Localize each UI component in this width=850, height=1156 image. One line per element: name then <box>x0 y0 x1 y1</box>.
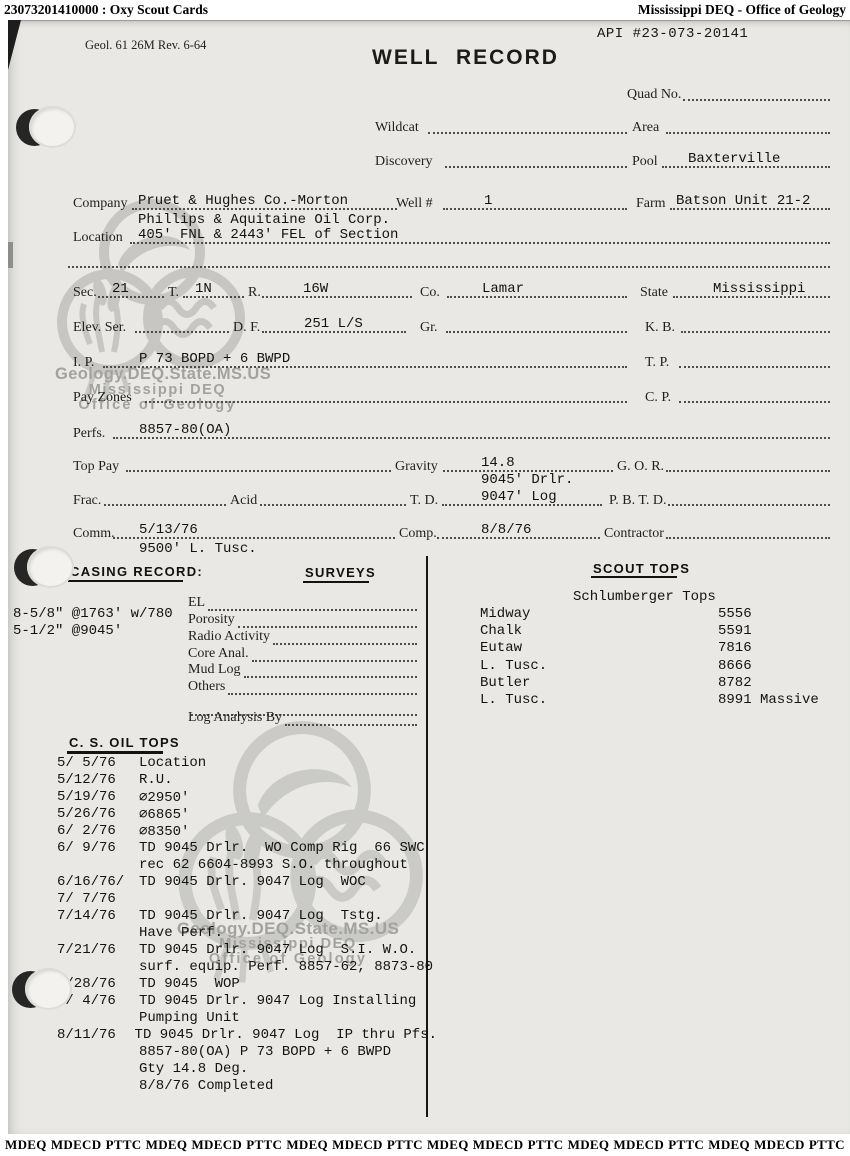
field-label-cp: C. P. <box>645 390 671 406</box>
oil-tops-line: 8/ 4/76TD 9045 Drlr. 9047 Log Installing <box>57 993 437 1010</box>
report-text: surf. equip. Perf. 8857-62, 8873-80 <box>139 959 437 976</box>
report-date: 8/11/76 <box>57 1027 135 1044</box>
dotted-leader-line <box>228 680 417 695</box>
footer-org-label: PTTC <box>387 1137 423 1153</box>
section-heading-cs-oil-tops: C. S. OIL TOPS <box>69 735 180 750</box>
formation-depth: 7816 <box>718 640 752 657</box>
field-label-acid: Acid <box>230 493 257 509</box>
footer-org-label: MDEQ <box>286 1137 328 1153</box>
dotted-leader-line <box>273 630 417 645</box>
scout-tops-row: Chalk5591 <box>480 623 830 640</box>
survey-row: Log Analysis By <box>188 711 417 726</box>
field-value-td-log: 9047' Log <box>481 489 557 505</box>
dotted-leader-line <box>668 504 830 506</box>
footer-org-label: MDEQ <box>708 1137 750 1153</box>
field-value-comm-extra: 9500' L. Tusc. <box>139 541 257 557</box>
field-value-comp-date: 8/8/76 <box>481 522 531 538</box>
field-value-td-drlr: 9045' Drlr. <box>481 472 573 488</box>
field-value-state: Mississippi <box>713 281 805 297</box>
field-label-elev-ser: Elev. Ser. <box>73 320 126 336</box>
report-text: 8/8/76 Completed <box>139 1078 437 1095</box>
dotted-leader-line <box>252 647 417 662</box>
formation-name: L. Tusc. <box>480 658 718 675</box>
report-text: Gty 14.8 Deg. <box>139 1061 437 1078</box>
oil-tops-line: Pumping Unit <box>57 1010 437 1027</box>
survey-label: Others <box>188 679 225 695</box>
hole-punch <box>14 546 76 588</box>
heading-underline <box>68 580 183 582</box>
oil-tops-line: 5/ 5/76Location <box>57 755 437 772</box>
formation-name: Eutaw <box>480 640 718 657</box>
report-text: ∅6865' <box>139 806 437 823</box>
field-value-sec: 21 <box>112 281 129 297</box>
survey-label: Radio Activity <box>188 629 270 645</box>
document-id-title: 23073201410000 : Oxy Scout Cards <box>4 2 208 18</box>
dotted-leader-line <box>260 504 406 506</box>
field-label-comm: Comm. <box>73 526 115 542</box>
formation-depth: 5591 <box>718 623 752 640</box>
dotted-leader-line <box>98 296 164 298</box>
hole-punch <box>16 106 78 148</box>
field-label-gor: G. O. R. <box>617 459 664 475</box>
oil-tops-line: 8/11/76TD 9045 Drlr. 9047 Log IP thru Pf… <box>57 1027 437 1044</box>
field-label-perfs: Perfs. <box>73 426 105 442</box>
section-heading-casing-record: CASING RECORD: <box>70 564 203 579</box>
field-label-comp: Comp. <box>399 526 437 542</box>
heading-underline <box>67 751 163 754</box>
hole-punch <box>12 968 74 1010</box>
formation-name: Butler <box>480 675 718 692</box>
field-label-tp: T. P. <box>645 355 669 371</box>
field-label-quad-no: Quad No. <box>627 87 681 103</box>
field-label-company: Company <box>73 196 127 212</box>
report-text: rec 62 6604-8993 S.O. throughout <box>139 857 437 874</box>
oil-tops-line: 6/16/76/TD 9045 Drlr. 9047 Log WOC <box>57 874 437 891</box>
dotted-leader-line <box>262 296 412 298</box>
form-number: Geol. 61 26M Rev. 6-64 <box>85 38 206 53</box>
document-title: WELL RECORD <box>372 46 559 70</box>
field-label-location: Location <box>73 230 123 246</box>
field-value-df: 251 L/S <box>304 316 363 332</box>
report-text: ∅2950' <box>139 789 437 806</box>
survey-label: Mud Log <box>188 662 241 678</box>
field-label-sec: Sec. <box>73 285 97 301</box>
report-date: 5/12/76 <box>57 772 139 789</box>
report-text: R.U. <box>139 772 437 789</box>
dotted-leader-line <box>666 537 830 539</box>
report-text <box>139 891 437 908</box>
report-text: Have Perf. <box>139 925 437 942</box>
dotted-leader-line <box>135 331 229 333</box>
report-text: TD 9045 Drlr. 9047 Log WOC <box>139 874 437 891</box>
oil-tops-line: 5/19/76∅2950' <box>57 789 437 806</box>
formation-depth: 8991 Massive <box>718 692 819 709</box>
footer-org-label: PTTC <box>809 1137 845 1153</box>
report-date: 5/ 5/76 <box>57 755 139 772</box>
footer-org-label: PTTC <box>528 1137 564 1153</box>
report-date: 7/ 7/76 <box>57 891 139 908</box>
report-text: TD 9045 Drlr. 9047 Log IP thru Pfs. <box>135 1027 437 1044</box>
report-date <box>57 1044 139 1061</box>
footer-org-label: MDECD <box>191 1137 242 1153</box>
dotted-leader-line <box>443 208 627 210</box>
report-date <box>57 1010 139 1027</box>
dotted-leader-line <box>679 401 830 403</box>
scout-tops-row: Butler8782 <box>480 675 830 692</box>
report-date: 6/ 2/76 <box>57 823 139 840</box>
api-number: API #23-073-20141 <box>597 26 748 42</box>
field-value-farm: Batson Unit 21-2 <box>676 193 810 209</box>
dotted-leader-line <box>244 663 418 678</box>
formation-depth: 8666 <box>718 658 752 675</box>
field-label-frac: Frac. <box>73 493 101 509</box>
footer-org-label: MDEQ <box>568 1137 610 1153</box>
field-label-wildcat: Wildcat <box>375 120 419 136</box>
survey-row: Mud Log <box>188 663 417 678</box>
survey-row: Porosity <box>188 613 417 628</box>
report-text: Location <box>139 755 437 772</box>
report-text: TD 9045 WOP <box>139 976 437 993</box>
field-label-range: R. <box>248 285 261 301</box>
field-label-kb: K. B. <box>645 320 675 336</box>
survey-row: EL <box>188 596 417 611</box>
heading-underline <box>591 576 677 578</box>
field-label-contractor: Contractor <box>604 526 664 542</box>
footer-org-label: MDEQ <box>427 1137 469 1153</box>
report-text: TD 9045 Drlr. 9047 Log Installing <box>139 993 437 1010</box>
dotted-leader-line <box>666 470 830 472</box>
dotted-leader-line <box>683 99 830 101</box>
field-label-area: Area <box>632 120 659 136</box>
field-value-comm-date: 5/13/76 <box>139 522 198 538</box>
dotted-leader-line <box>145 401 627 403</box>
oil-tops-line: 6/ 9/76TD 9045 Drlr. WO Comp Rig 66 SWC <box>57 840 437 857</box>
dotted-leader-line <box>679 366 830 368</box>
footer-org-label: PTTC <box>106 1137 142 1153</box>
footer-org-label: MDEQ <box>5 1137 47 1153</box>
field-label-pbtd: P. B. T. D. <box>609 493 666 509</box>
dotted-leader-line <box>104 504 226 506</box>
report-date <box>57 857 139 874</box>
dotted-leader-line <box>445 166 627 168</box>
formation-name: Midway <box>480 606 718 623</box>
formation-depth: 8782 <box>718 675 752 692</box>
dotted-leader-line <box>666 132 830 134</box>
field-value-range: 16W <box>303 281 328 297</box>
formation-depth: 5556 <box>718 606 752 623</box>
field-label-gravity: Gravity <box>395 459 438 475</box>
scout-tops-subheading: Schlumberger Tops <box>573 589 716 605</box>
report-text: TD 9045 Drlr. 9047 Log Tstg. <box>139 908 437 925</box>
survey-label: Porosity <box>188 612 235 628</box>
survey-label: EL <box>188 595 205 611</box>
casing-record-line: 5-1/2" @9045' <box>13 623 122 639</box>
scout-tops-row: Eutaw7816 <box>480 640 830 657</box>
footer-org-label: MDECD <box>613 1137 664 1153</box>
field-label-df: D. F. <box>233 320 260 336</box>
report-date: 6/16/76/ <box>57 874 139 891</box>
oil-tops-line: 8857-80(OA) P 73 BOPD + 6 BWPD <box>57 1044 437 1061</box>
dotted-leader-line <box>428 132 627 134</box>
footer-org-label: MDECD <box>51 1137 102 1153</box>
oil-tops-line: surf. equip. Perf. 8857-62, 8873-80 <box>57 959 437 976</box>
footer-org-label: PTTC <box>668 1137 704 1153</box>
report-date <box>57 1061 139 1078</box>
survey-row: Core Anal. <box>188 647 417 662</box>
dotted-leader-line <box>238 613 417 628</box>
field-value-company-1: Pruet & Hughes Co.-Morton <box>138 193 348 209</box>
agency-title: Mississippi DEQ - Office of Geology <box>638 2 846 18</box>
scout-tops-row: L. Tusc.8991 Massive <box>480 692 830 709</box>
field-label-county: Co. <box>420 285 440 301</box>
section-heading-surveys: SURVEYS <box>305 565 376 580</box>
dotted-leader-line <box>208 596 417 611</box>
survey-label: Log Analysis By <box>188 710 282 726</box>
heading-underline <box>303 581 369 583</box>
dotted-leader-line <box>446 331 627 333</box>
scan-edge-artifact <box>8 242 13 268</box>
report-text: TD 9045 Drlr. WO Comp Rig 66 SWC <box>139 840 437 857</box>
survey-row: Radio Activity <box>188 630 417 645</box>
field-label-discovery: Discovery <box>375 154 433 170</box>
oil-tops-line: 7/ 7/76 <box>57 891 437 908</box>
field-value-ip: P 73 BOPD + 6 BWPD <box>139 351 290 367</box>
field-label-pool: Pool <box>632 154 658 170</box>
report-date <box>57 1078 139 1095</box>
oil-tops-line: 5/26/76∅6865' <box>57 806 437 823</box>
field-label-gr: Gr. <box>420 320 438 336</box>
field-value-township: 1N <box>195 281 212 297</box>
oil-tops-line: 5/12/76R.U. <box>57 772 437 789</box>
report-date <box>57 925 139 942</box>
footer-org-label: MDEQ <box>146 1137 188 1153</box>
report-date: 5/19/76 <box>57 789 139 806</box>
field-value-perfs: 8857-80(OA) <box>139 422 231 438</box>
report-text: 8857-80(OA) P 73 BOPD + 6 BWPD <box>139 1044 437 1061</box>
field-value-pool: Baxterville <box>688 151 780 167</box>
field-label-farm: Farm <box>636 196 666 212</box>
dotted-leader-line <box>183 296 244 298</box>
report-date: 7/21/76 <box>57 942 139 959</box>
formation-name: Chalk <box>480 623 718 640</box>
oil-tops-line: 7/28/76TD 9045 WOP <box>57 976 437 993</box>
report-text: TD 9045 Drlr. 9047 Log S.I. W.O. <box>139 942 437 959</box>
dotted-leader-line <box>285 711 417 726</box>
oil-tops-line: rec 62 6604-8993 S.O. throughout <box>57 857 437 874</box>
field-value-county: Lamar <box>482 281 524 297</box>
scout-tops-row: L. Tusc.8666 <box>480 658 830 675</box>
report-text: ∅8350' <box>139 823 437 840</box>
viewer-top-bar: 23073201410000 : Oxy Scout Cards Mississ… <box>0 0 850 20</box>
field-value-company-2: Phillips & Aquitaine Oil Corp. <box>138 212 390 228</box>
field-label-pay-zones: Pay Zones <box>73 390 132 406</box>
survey-label: Core Anal. <box>188 646 249 662</box>
viewer-footer-bar: MDEQMDECDPTTCMDEQMDECDPTTCMDEQMDECDPTTCM… <box>0 1134 850 1156</box>
dotted-leader-line <box>68 266 830 268</box>
field-value-well-no: 1 <box>484 193 492 209</box>
footer-org-label: MDECD <box>473 1137 524 1153</box>
casing-record-line: 8-5/8" @1763' w/780 <box>13 606 173 622</box>
formation-name: L. Tusc. <box>480 692 718 709</box>
dotted-leader-line <box>126 470 391 472</box>
oil-tops-line: 7/21/76TD 9045 Drlr. 9047 Log S.I. W.O. <box>57 942 437 959</box>
section-heading-scout-tops: SCOUT TOPS <box>593 561 690 576</box>
oil-tops-line: 7/14/76TD 9045 Drlr. 9047 Log Tstg. <box>57 908 437 925</box>
report-text: Pumping Unit <box>139 1010 437 1027</box>
oil-tops-line: 6/ 2/76∅8350' <box>57 823 437 840</box>
dotted-leader-line <box>681 331 830 333</box>
footer-org-label: MDECD <box>754 1137 805 1153</box>
report-date: 7/14/76 <box>57 908 139 925</box>
oil-tops-line: Have Perf. <box>57 925 437 942</box>
oil-tops-line: 8/8/76 Completed <box>57 1078 437 1095</box>
field-value-location: 405' FNL & 2443' FEL of Section <box>138 227 398 243</box>
survey-row: Others <box>188 680 417 695</box>
field-label-township: T. <box>168 285 179 301</box>
field-value-gravity: 14.8 <box>481 455 515 471</box>
footer-org-label: MDECD <box>332 1137 383 1153</box>
field-label-state: State <box>640 285 668 301</box>
field-label-ip: I. P. <box>73 355 94 371</box>
field-label-td: T. D. <box>410 493 438 509</box>
dotted-leader-line <box>447 296 627 298</box>
field-label-top-pay: Top Pay <box>73 459 119 475</box>
field-label-well-no: Well # <box>396 196 433 212</box>
footer-org-label: PTTC <box>246 1137 282 1153</box>
scout-tops-row: Midway5556 <box>480 606 830 623</box>
oil-tops-line: Gty 14.8 Deg. <box>57 1061 437 1078</box>
report-date: 5/26/76 <box>57 806 139 823</box>
report-date: 6/ 9/76 <box>57 840 139 857</box>
